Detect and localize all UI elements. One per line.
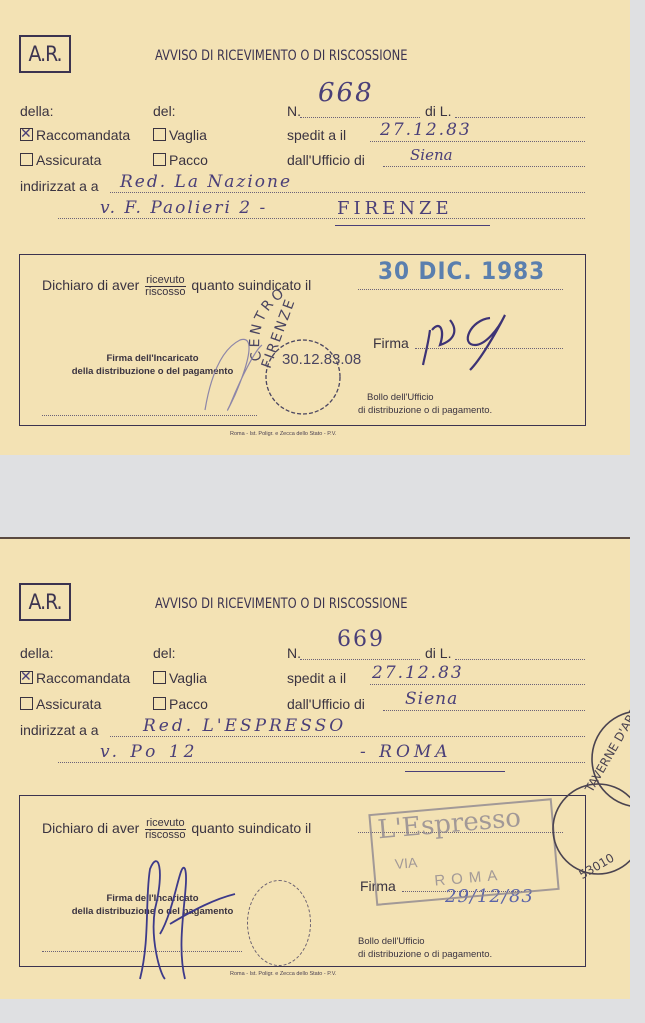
- date-sent-value[interactable]: 27.12.83: [380, 120, 472, 140]
- spedita-label: spedit a il: [287, 127, 346, 143]
- receipt-card-669: A.R. AVVISO DI RICEVIMENTO O DI RISCOSSI…: [0, 537, 630, 999]
- office-line: [383, 710, 585, 711]
- declaration-date-line: [358, 289, 563, 290]
- number-label: N.: [287, 645, 301, 661]
- number-value[interactable]: 669: [337, 627, 385, 652]
- assicurata-option[interactable]: Assicurata: [20, 152, 101, 168]
- bollo-label: Bollo dell'Ufficio di distribuzione o di…: [358, 391, 492, 417]
- postmark-date: 30.12.83.08: [282, 351, 361, 368]
- office-value[interactable]: Siena: [410, 146, 453, 164]
- vaglia-option[interactable]: Vaglia: [153, 670, 207, 686]
- address-value-2[interactable]: v. Po 12: [100, 742, 198, 762]
- incaricato-label: Firma dell'Incaricato della distribuzion…: [40, 892, 265, 918]
- company-stamp: L'Espresso VIA ROMA: [368, 798, 559, 906]
- city-underline: [335, 225, 490, 226]
- postmark-text: TAVERNE D'ARBIA (SI) - A: [582, 655, 630, 795]
- vaglia-checkbox[interactable]: [153, 671, 166, 684]
- city-value[interactable]: - ROMA: [360, 742, 452, 762]
- raccomandata-option[interactable]: Raccomandata: [20, 670, 130, 686]
- spedita-label: spedit a il: [287, 670, 346, 686]
- pacco-option[interactable]: Pacco: [153, 152, 208, 168]
- office-value[interactable]: Siena: [405, 689, 458, 709]
- printer-credit: Roma - Ist. Poligr. e Zecca dello Stato …: [230, 431, 336, 437]
- firma-line[interactable]: [415, 348, 563, 349]
- address-value-2[interactable]: v. F. Paolieri 2 -: [100, 198, 267, 218]
- address-line-1: [110, 192, 585, 193]
- postmark-placeholder-icon: [247, 880, 311, 966]
- form-title: AVVISO DI RICEVIMENTO O DI RISCOSSIONE: [155, 48, 407, 64]
- del-label: del:: [153, 645, 176, 661]
- form-title: AVVISO DI RICEVIMENTO O DI RISCOSSIONE: [155, 596, 407, 612]
- pacco-option[interactable]: Pacco: [153, 696, 208, 712]
- address-value-1[interactable]: Red. La Nazione: [120, 172, 292, 192]
- indirizzata-label: indirizzat a a: [20, 178, 99, 194]
- assicurata-checkbox[interactable]: [20, 153, 33, 166]
- date-sent-line: [370, 684, 585, 685]
- address-value-1[interactable]: Red. L'ESPRESSO: [143, 716, 346, 736]
- raccomandata-checkbox[interactable]: [20, 671, 33, 684]
- number-label: N.: [287, 103, 301, 119]
- della-label: della:: [20, 103, 53, 119]
- amount-line[interactable]: [455, 659, 585, 660]
- office-label: dall'Ufficio di: [287, 152, 365, 168]
- bollo-label: Bollo dell'Ufficio di distribuzione o di…: [358, 935, 492, 961]
- amount-line[interactable]: [455, 117, 585, 118]
- declaration-text: Dichiaro di aver ricevutoriscosso quanto…: [42, 818, 311, 841]
- city-underline: [405, 771, 505, 772]
- office-line: [383, 166, 585, 167]
- office-label: dall'Ufficio di: [287, 696, 365, 712]
- printer-credit: Roma - Ist. Poligr. e Zecca dello Stato …: [230, 971, 336, 977]
- firma-label: Firma: [373, 335, 409, 351]
- date-sent-line: [370, 141, 585, 142]
- address-line-2: [58, 762, 585, 763]
- receipt-declaration-box: Dichiaro di aver ricevutoriscosso quanto…: [19, 254, 586, 426]
- address-line-1: [110, 736, 585, 737]
- date-sent-value[interactable]: 27.12.83: [372, 663, 464, 683]
- declaration-text: Dichiaro di aver ricevutoriscosso quanto…: [42, 275, 311, 298]
- assicurata-option[interactable]: Assicurata: [20, 696, 101, 712]
- ar-badge: A.R.: [19, 583, 71, 621]
- incaricato-label: Firma dell'Incaricato della distribuzion…: [40, 352, 265, 378]
- incaricato-signature-line[interactable]: [42, 415, 257, 416]
- raccomandata-checkbox[interactable]: [20, 128, 33, 141]
- number-value[interactable]: 668: [318, 78, 374, 108]
- amount-label: di L.: [425, 103, 451, 119]
- della-label: della:: [20, 645, 53, 661]
- pacco-checkbox[interactable]: [153, 153, 166, 166]
- address-line-2: [58, 218, 585, 219]
- incaricato-signature-line[interactable]: [42, 951, 242, 952]
- receipt-card-668: A.R. AVVISO DI RICEVIMENTO O DI RISCOSSI…: [0, 0, 630, 455]
- number-line: [300, 117, 420, 118]
- pacco-checkbox[interactable]: [153, 697, 166, 710]
- amount-label: di L.: [425, 645, 451, 661]
- city-value[interactable]: FIRENZE: [337, 198, 453, 219]
- vaglia-checkbox[interactable]: [153, 128, 166, 141]
- assicurata-checkbox[interactable]: [20, 697, 33, 710]
- number-line: [300, 659, 420, 660]
- received-date-stamp: 30 DIC. 1983: [378, 257, 545, 285]
- ar-badge: A.R.: [19, 35, 71, 73]
- raccomandata-option[interactable]: Raccomandata: [20, 127, 130, 143]
- del-label: del:: [153, 103, 176, 119]
- indirizzata-label: indirizzat a a: [20, 722, 99, 738]
- vaglia-option[interactable]: Vaglia: [153, 127, 207, 143]
